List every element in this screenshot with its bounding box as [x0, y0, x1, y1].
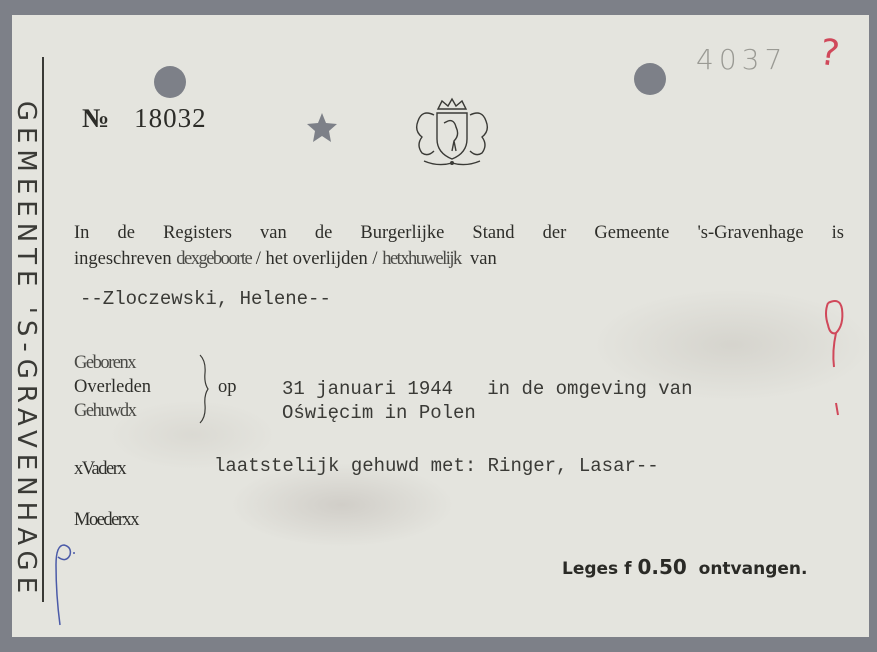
registry-statement: IndeRegistersvandeBurgerlijkeStandderGem… — [74, 220, 844, 272]
label-moeder-struck: Moederxx — [74, 510, 138, 531]
side-municipality-text: GEMEENTE 'S-GRAVENHAGE — [6, 55, 46, 645]
label-geboren-struck: Geborenx — [74, 351, 151, 375]
label-overleden: Overleden — [74, 375, 151, 399]
handwritten-archive-number: 4037 — [696, 43, 787, 76]
statement-line-2: ingeschreven dexgeboorte / het overlijde… — [74, 246, 844, 272]
event-labels: Geborenx Overleden Gehuwdx — [74, 351, 151, 423]
blue-pen-mark — [50, 535, 80, 635]
brace-icon — [196, 353, 210, 425]
married-to: laatstelijk gehuwd met: Ringer, Lasar-- — [214, 455, 659, 477]
statement-line-1: IndeRegistersvandeBurgerlijkeStandderGem… — [74, 220, 844, 246]
label-op: op — [218, 377, 237, 398]
death-date-place: 31 januari 1944 in de omgeving vanOświęc… — [282, 377, 692, 425]
person-name: --Zloczewski, Helene-- — [80, 288, 331, 310]
certificate-number: №18032 — [82, 103, 207, 134]
fee-received: Leges f 0.50 ontvangen. — [562, 555, 807, 579]
punch-hole-left — [154, 66, 186, 98]
red-pencil-question-mark — [814, 295, 854, 425]
struck-huwelijk: hetxhuwelijk — [382, 249, 461, 269]
punch-hole-right — [634, 63, 666, 95]
side-rule — [42, 57, 44, 602]
label-vader-struck: xVaderx — [74, 459, 125, 480]
civil-registry-card: GEMEENTE 'S-GRAVENHAGE №18032 4037 ? Ind… — [12, 15, 869, 637]
label-gehuwd-struck: Gehuwdx — [74, 399, 151, 423]
star-perforation-icon — [304, 110, 340, 146]
coat-of-arms-icon — [404, 95, 500, 171]
struck-geboorte: dexgeboorte — [176, 249, 251, 269]
red-question-mark: ? — [817, 32, 842, 75]
